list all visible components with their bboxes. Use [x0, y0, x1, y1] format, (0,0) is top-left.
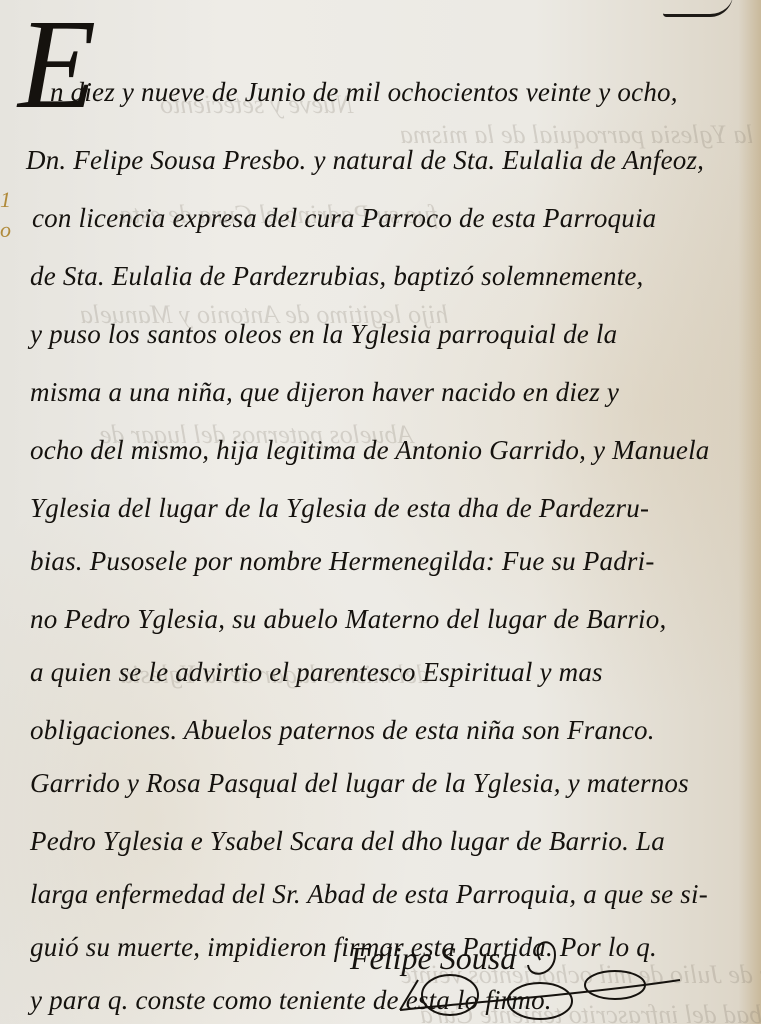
- manuscript-line: de Sta. Eulalia de Pardezrubias, baptizó…: [30, 261, 643, 292]
- signature-flourish-icon: [380, 935, 700, 1024]
- manuscript-line: Yglesia del lugar de la Yglesia de esta …: [30, 493, 649, 524]
- manuscript-line: Pedro Yglesia e Ysabel Scara del dho lug…: [30, 826, 665, 857]
- page-number-mark: [663, 0, 733, 17]
- manuscript-line: bias. Pusosele por nombre Hermenegilda: …: [30, 546, 655, 577]
- manuscript-line: con licencia expresa del cura Parroco de…: [32, 203, 656, 234]
- decorated-initial: E: [18, 0, 96, 128]
- manuscript-line: no Pedro Yglesia, su abuelo Materno del …: [30, 604, 666, 635]
- margin-annotation: 1 o: [0, 185, 14, 245]
- manuscript-line: y puso los santos oleos en la Yglesia pa…: [30, 319, 617, 350]
- manuscript-line: ocho del mismo, hija legitima de Antonio…: [30, 435, 709, 466]
- manuscript-line: obligaciones. Abuelos paternos de esta n…: [30, 715, 655, 746]
- manuscript-line: Garrido y Rosa Pasqual del lugar de la Y…: [30, 768, 689, 799]
- manuscript-page: Nueve y seteciento En la Yglesia parroqu…: [0, 0, 761, 1024]
- manuscript-line: Dn. Felipe Sousa Presbo. y natural de St…: [26, 145, 704, 176]
- manuscript-line: a quien se le advirtio el parentesco Esp…: [30, 657, 603, 688]
- manuscript-line: n diez y nueve de Junio de mil ochocient…: [50, 77, 678, 108]
- manuscript-line: misma a una niña, que dijeron haver naci…: [30, 377, 619, 408]
- manuscript-line: larga enfermedad del Sr. Abad de esta Pa…: [30, 879, 708, 910]
